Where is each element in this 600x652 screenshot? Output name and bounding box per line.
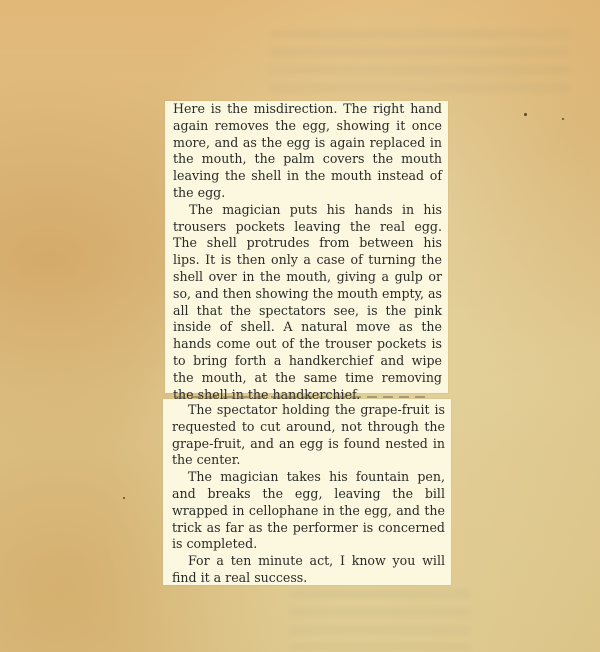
paper-speck: [524, 113, 527, 116]
paragraph: The magician takes his fountain pen, and…: [172, 469, 451, 553]
bleed-through-text: [270, 30, 570, 100]
paragraph: The spectator holding the grape-fruit is…: [172, 402, 451, 469]
paragraph: Here is the misdirection. The right hand…: [173, 101, 448, 202]
newspaper-clipping-1: Here is the misdirection. The right hand…: [165, 101, 448, 393]
torn-edge-remnant: [175, 396, 425, 398]
paper-speck: [123, 497, 125, 499]
paper-speck: [562, 118, 564, 120]
newspaper-clipping-2: The spectator holding the grape-fruit is…: [163, 399, 451, 585]
bleed-through-text: [290, 590, 470, 650]
paragraph: For a ten minute act, I know you will fi…: [172, 553, 451, 587]
paragraph: The magician puts his hands in his trous…: [173, 202, 448, 404]
